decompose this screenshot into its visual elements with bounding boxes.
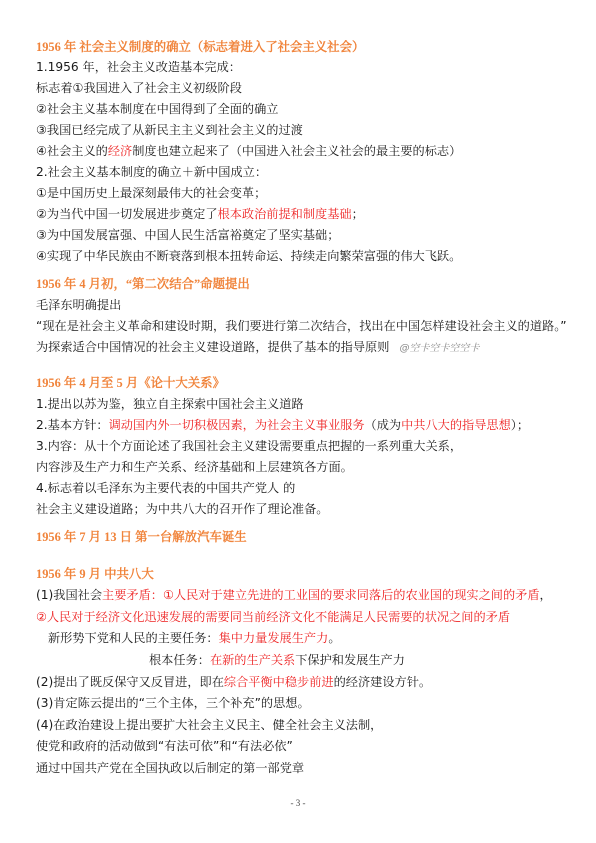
text-span: 使党和政府的活动做到“有法可依”和“有法必依”: [36, 739, 293, 753]
text-line: 毛泽东明确提出: [36, 297, 121, 313]
text-span: 为探索适合中国情况的社会主义建设道路，提供了基本的指导原则: [36, 340, 389, 354]
page-number: - 3 -: [0, 798, 596, 808]
text-span: 社会主义建设道路；为中共八大的召开作了理论准备。: [36, 502, 329, 516]
highlight-text: 中共八大的指导思想: [401, 418, 511, 432]
text-span: ；: [352, 207, 364, 221]
text-line: 内容涉及生产力和生产关系、经济基础和上层建筑各方面。: [36, 459, 353, 475]
text-span: 。: [328, 631, 340, 645]
text-span: “现在是社会主义革命和建设时期，我们要进行第二次结合，找出在中国怎样建设社会主义…: [36, 319, 567, 333]
text-span: 标志着①我国进入了社会主义初级阶段: [36, 81, 242, 95]
text-line: (4)在政治建设上提出要扩大社会主义民主、健全社会主义法制，: [36, 717, 382, 733]
text-line: 2.社会主义基本制度的确立＋新中国成立：: [36, 164, 267, 180]
text-line: ③我国已经完成了从新民主主义到社会主义的过渡: [36, 122, 303, 138]
text-line: ③为中国发展富强、中国人民生活富裕奠定了坚实基础；: [36, 227, 339, 243]
text-span: 的经济建设方针。: [334, 675, 432, 689]
text-span: 下保护和发展生产力: [295, 653, 405, 667]
text-line: 新形势下党和人民的主要任务：集中力量发展生产力。: [48, 630, 341, 646]
text-span: 1.提出以苏为鉴，独立自主探索中国社会主义道路: [36, 397, 304, 411]
text-span: ，: [540, 588, 552, 602]
text-span: （成为: [365, 418, 402, 432]
text-line: 1.提出以苏为鉴，独立自主探索中国社会主义道路: [36, 396, 304, 412]
text-span: 2.基本方针：: [36, 418, 109, 432]
text-span: 新形势下党和人民的主要任务：: [48, 631, 219, 645]
text-span: 毛泽东明确提出: [36, 298, 121, 312]
text-line: 标志着①我国进入了社会主义初级阶段: [36, 80, 242, 96]
text-line: (3)肯定陈云提出的“三个主体，三个补充”的思想。: [36, 695, 310, 711]
section-heading-1956-system: 1956 年 社会主义制度的确立（标志着进入了社会主义社会）: [36, 39, 364, 55]
section-heading-first-truck: 1956 年 7 月 13 日 第一台解放汽车诞生: [36, 529, 247, 545]
text-span: (1)我国社会: [36, 588, 102, 602]
text-span: 3.内容：从十个方面论述了我国社会主义建设需要重点把握的一系列重大关系，: [36, 439, 462, 453]
text-line: (1)我国社会主要矛盾：①人民对于建立先进的工业国的要求同落后的农业国的现实之间…: [36, 587, 552, 603]
text-line: ①是中国历史上最深刻最伟大的社会变革；: [36, 185, 266, 201]
text-span: 根本任务：: [149, 653, 210, 667]
text-span: ④实现了中华民族由不断衰落到根本扭转命运、持续走向繁荣富强的伟大飞跃。: [36, 249, 461, 263]
text-span: ③为中国发展富强、中国人民生活富裕奠定了坚实基础；: [36, 228, 339, 242]
highlight-text: 集中力量发展生产力: [219, 631, 329, 645]
section-heading-second-combination: 1956 年 4 月初，“第二次结合”命题提出: [36, 276, 250, 292]
text-line: 通过中国共产党在全国执政以后制定的第一部党章: [36, 760, 304, 776]
text-line: 4.标志着以毛泽东为主要代表的中国共产党人 的: [36, 480, 295, 496]
text-line: ④实现了中华民族由不断衰落到根本扭转命运、持续走向繁荣富强的伟大飞跃。: [36, 248, 461, 264]
text-span: ②社会主义基本制度在中国得到了全面的确立: [36, 102, 279, 116]
text-line: ②为当代中国一切发展进步奠定了根本政治前提和制度基础；: [36, 206, 364, 222]
text-line: ②社会主义基本制度在中国得到了全面的确立: [36, 101, 279, 117]
text-span: 为探索适合中国情况的社会主义建设道路，提供了基本的指导原则: [36, 340, 389, 354]
highlight-text: 主要矛盾：①人民对于建立先进的工业国的要求同落后的农业国的现实之间的矛盾: [102, 588, 540, 602]
document-page: 1956 年 社会主义制度的确立（标志着进入了社会主义社会） 1.1956 年，…: [0, 0, 596, 843]
text-span: (4)在政治建设上提出要扩大社会主义民主、健全社会主义法制，: [36, 718, 382, 732]
text-span: ①是中国历史上最深刻最伟大的社会变革；: [36, 186, 266, 200]
highlight-text: 经济: [108, 144, 132, 158]
watermark-signature: @空卡空卡空空卡: [399, 343, 479, 354]
section-heading-eighth-congress: 1956 年 9 月 中共八大: [36, 566, 154, 582]
text-span: ②为当代中国一切发展进步奠定了: [36, 207, 218, 221]
text-line: 社会主义建设道路；为中共八大的召开作了理论准备。: [36, 501, 329, 517]
text-span: ④社会主义的: [36, 144, 108, 158]
text-span: ③我国已经完成了从新民主主义到社会主义的过渡: [36, 123, 303, 137]
text-line: 使党和政府的活动做到“有法可依”和“有法必依”: [36, 738, 293, 754]
highlight-text: 在新的生产关系: [210, 653, 295, 667]
text-span: ）；: [511, 418, 529, 432]
text-line: 2.基本方针：调动国内外一切积极因素，为社会主义事业服务（成为中共八大的指导思想…: [36, 417, 529, 433]
text-line: (2)提出了既反保守又反冒进，即在综合平衡中稳步前进的经济建设方针。: [36, 674, 431, 690]
quote-line: “现在是社会主义革命和建设时期，我们要进行第二次结合，找出在中国怎样建设社会主义…: [36, 318, 567, 334]
text-span: 1.1956 年，社会主义改造基本完成：: [36, 60, 241, 74]
section-heading-ten-relations: 1956 年 4 月至 5 月《论十大关系》: [36, 375, 225, 391]
text-span: 2.社会主义基本制度的确立＋新中国成立：: [36, 165, 267, 179]
text-line: ②人民对于经济文化迅速发展的需要同当前经济文化不能满足人民需要的状况之间的矛盾: [36, 609, 510, 625]
highlight-text: 根本政治前提和制度基础: [218, 207, 352, 221]
text-line: 根本任务：在新的生产关系下保护和发展生产力: [149, 652, 405, 668]
text-line: 为探索适合中国情况的社会主义建设道路，提供了基本的指导原则@空卡空卡空空卡: [36, 339, 479, 357]
highlight-text: 调动国内外一切积极因素，为社会主义事业服务: [109, 418, 365, 432]
highlight-text: 综合平衡中稳步前进: [224, 675, 334, 689]
text-line: 3.内容：从十个方面论述了我国社会主义建设需要重点把握的一系列重大关系，: [36, 438, 462, 454]
text-span: 通过中国共产党在全国执政以后制定的第一部党章: [36, 761, 304, 775]
text-span: 制度也建立起来了（中国进入社会主义社会的最主要的标志）: [132, 144, 461, 158]
text-line: ④社会主义的经济制度也建立起来了（中国进入社会主义社会的最主要的标志）: [36, 143, 461, 159]
text-line: 1.1956 年，社会主义改造基本完成：: [36, 59, 241, 75]
highlight-text: ②人民对于经济文化迅速发展的需要同当前经济文化不能满足人民需要的状况之间的矛盾: [36, 610, 510, 624]
text-span: 4.标志着以毛泽东为主要代表的中国共产党人 的: [36, 481, 295, 495]
text-span: 内容涉及生产力和生产关系、经济基础和上层建筑各方面。: [36, 460, 353, 474]
text-span: (3)肯定陈云提出的“三个主体，三个补充”的思想。: [36, 696, 310, 710]
text-span: (2)提出了既反保守又反冒进，即在: [36, 675, 224, 689]
